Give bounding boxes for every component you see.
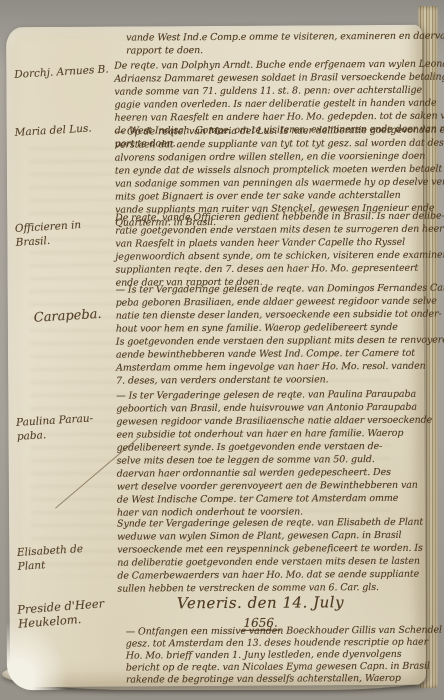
photo-background: vande West Ind.e Comp.e omme te visitere…	[0, 0, 444, 700]
text-line: rakende de begrotinge van desselfs achte…	[126, 673, 424, 687]
entry-block: — Is ter Vergaderinge gelesen de reqte. …	[116, 283, 423, 389]
text-line: 7. deses, van verders onderstant te voor…	[116, 374, 422, 389]
entry-continuation: vande West Ind.e Comp.e omme te visitere…	[126, 31, 420, 59]
date-text: Veneris. den 14. July	[129, 593, 391, 613]
entry-block: Synde ter Vergaderinge gelesen de reqte.…	[117, 517, 423, 597]
margin-note-president: Preside d'Heer Heukelom.	[17, 595, 121, 631]
text-line: rapport te doen.	[126, 44, 420, 59]
entry-block: — Ontfangen een missive vanden Boeckhoud…	[126, 625, 424, 687]
margin-note: Officieren in Brasil.	[15, 216, 118, 250]
manuscript-page: vande West Ind.e Comp.e omme te visitere…	[6, 25, 426, 688]
entry-block: — Is ter Vergaderinge gelesen de reqte. …	[116, 389, 423, 521]
margin-note: Elisabeth de Plant	[16, 540, 119, 574]
margin-note: Paulina Parau- paba.	[16, 410, 119, 444]
margin-note: Maria del Lus.	[14, 120, 117, 140]
entry-block: De reqte. vande Officieren gedient hebbe…	[115, 211, 421, 291]
margin-note: Dorchj. Arnues B.	[14, 62, 117, 82]
